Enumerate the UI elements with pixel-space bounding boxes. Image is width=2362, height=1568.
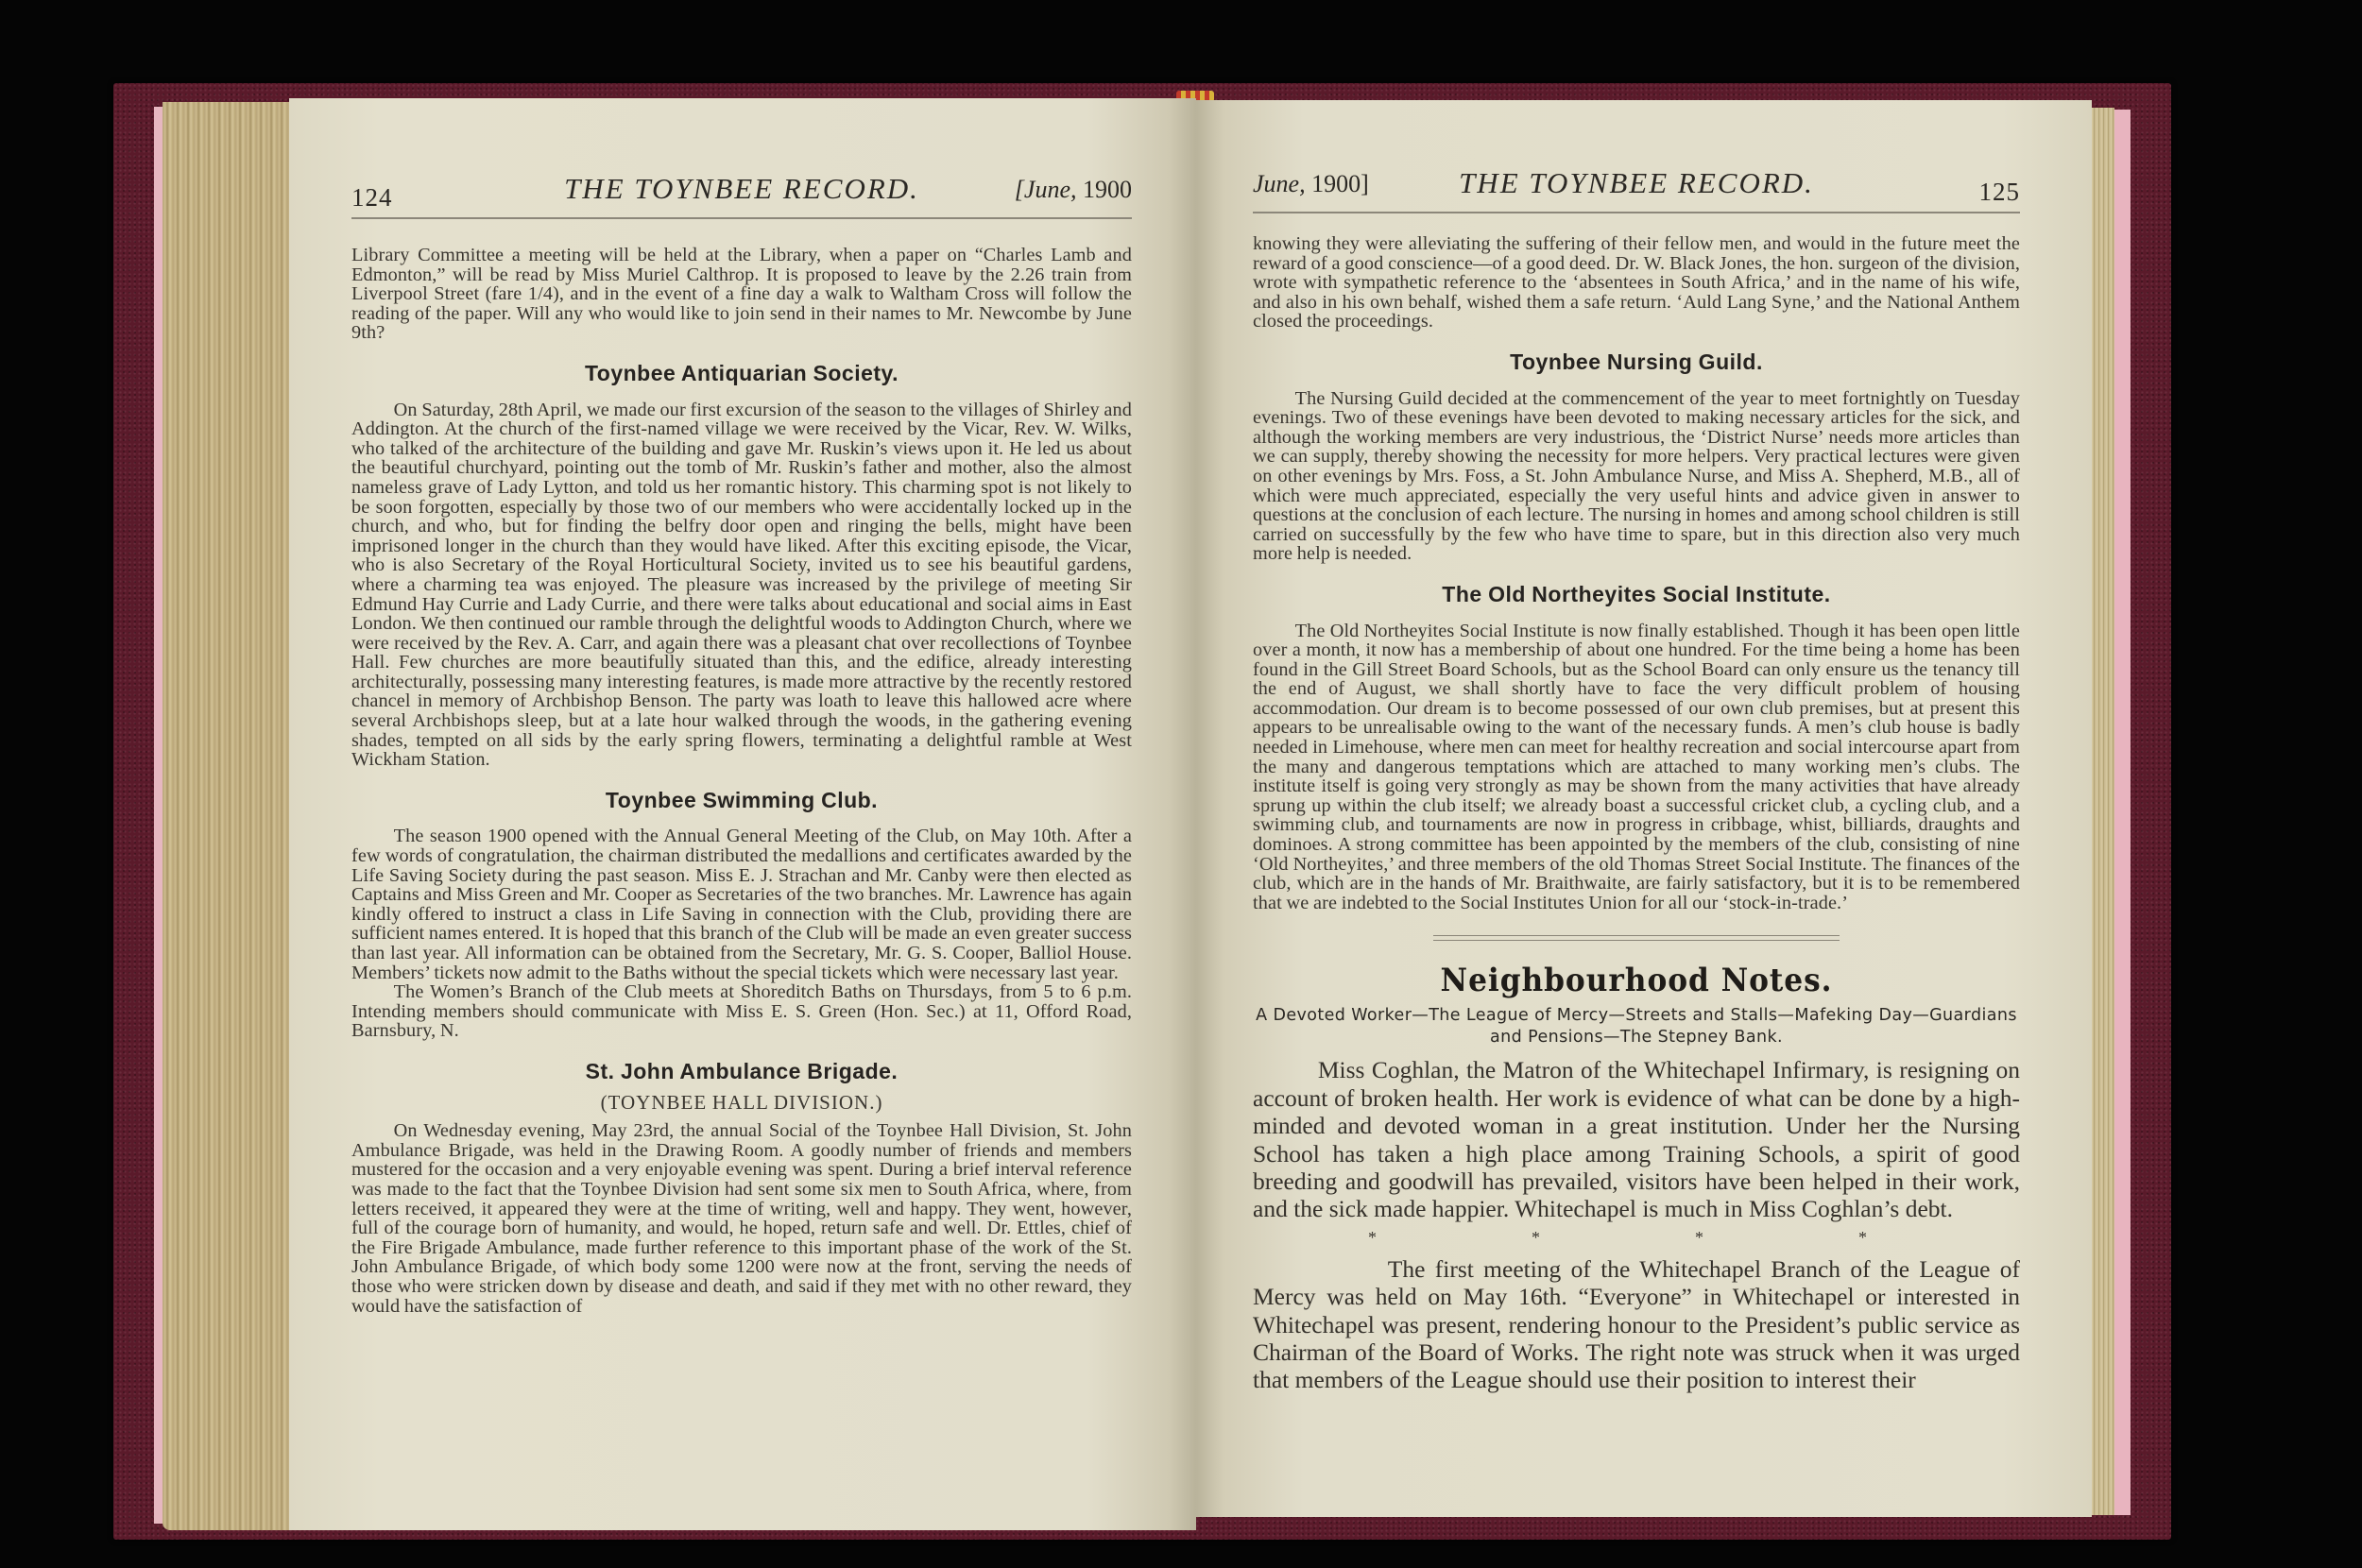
neighbourhood-paragraph-2: The first meeting of the Whitechapel Bra… bbox=[1253, 1255, 2020, 1394]
continuation-paragraph: knowing they were alleviating the suffer… bbox=[1253, 234, 2020, 332]
asterisk: * bbox=[1695, 1223, 1703, 1255]
section-heading-northeyites: The Old Northeyites Social Institute. bbox=[1253, 585, 2020, 605]
header-rule bbox=[351, 217, 1132, 219]
swimming-paragraph-1: The season 1900 opened with the Annual G… bbox=[351, 827, 1132, 982]
section-heading-swimming: Toynbee Swimming Club. bbox=[351, 791, 1132, 810]
issue-date: [June, 1900 bbox=[1015, 176, 1132, 204]
running-title: THE TOYNBEE RECORD. bbox=[1253, 166, 2020, 200]
page-stack-right bbox=[2090, 108, 2114, 1515]
neighbourhood-notes-heading: Neighbourhood Notes. bbox=[1283, 962, 1989, 999]
issue-year: 1900 bbox=[1083, 176, 1132, 203]
running-head-left: 124 THE TOYNBEE RECORD. [June, 1900 bbox=[351, 172, 1132, 210]
neighbourhood-paragraph-1: Miss Coghlan, the Matron of the Whitecha… bbox=[1253, 1056, 2020, 1222]
neighbourhood-topics: A Devoted Worker—The League of Mercy—Str… bbox=[1253, 1005, 2020, 1048]
section-divider bbox=[1433, 935, 1840, 941]
ambulance-paragraph: On Wednesday evening, May 23rd, the annu… bbox=[351, 1121, 1132, 1316]
left-page: 124 THE TOYNBEE RECORD. [June, 1900 Libr… bbox=[289, 98, 1196, 1530]
section-heading-ambulance: St. John Ambulance Brigade. bbox=[351, 1062, 1132, 1082]
asterisk-separator: * * * * bbox=[1253, 1223, 2020, 1255]
right-page-column: June, 1900] THE TOYNBEE RECORD. 125 know… bbox=[1253, 166, 2020, 1394]
asterisk: * bbox=[1858, 1223, 1867, 1255]
intro-paragraph: Library Committee a meeting will be held… bbox=[351, 246, 1132, 343]
section-heading-nursing: Toynbee Nursing Guild. bbox=[1253, 352, 2020, 372]
left-body: Library Committee a meeting will be held… bbox=[351, 246, 1132, 1316]
left-page-column: 124 THE TOYNBEE RECORD. [June, 1900 Libr… bbox=[351, 172, 1132, 1316]
antiquarian-paragraph: On Saturday, 28th April, we made our fir… bbox=[351, 401, 1132, 770]
issue-month: [June, bbox=[1015, 176, 1077, 203]
swimming-paragraph-2: The Women’s Branch of the Club meets at … bbox=[351, 982, 1132, 1041]
nursing-paragraph: The Nursing Guild decided at the commenc… bbox=[1253, 389, 2020, 564]
header-rule bbox=[1253, 212, 2020, 213]
running-head-right: June, 1900] THE TOYNBEE RECORD. 125 bbox=[1253, 166, 2020, 204]
northeyites-paragraph: The Old Northeyites Social Institute is … bbox=[1253, 622, 2020, 913]
asterisk: * bbox=[1532, 1223, 1540, 1255]
right-body: knowing they were alleviating the suffer… bbox=[1253, 234, 2020, 912]
neighbourhood-body: Miss Coghlan, the Matron of the Whitecha… bbox=[1253, 1056, 2020, 1393]
page-number: 125 bbox=[1979, 178, 2021, 207]
section-subheading-ambulance: (TOYNBEE HALL DIVISION.) bbox=[351, 1093, 1132, 1113]
page-edge-pink-right bbox=[2114, 110, 2131, 1515]
page-stack-left bbox=[163, 102, 291, 1530]
asterisk: * bbox=[1368, 1223, 1377, 1255]
section-heading-antiquarian: Toynbee Antiquarian Society. bbox=[351, 364, 1132, 383]
right-page: June, 1900] THE TOYNBEE RECORD. 125 know… bbox=[1196, 100, 2092, 1517]
